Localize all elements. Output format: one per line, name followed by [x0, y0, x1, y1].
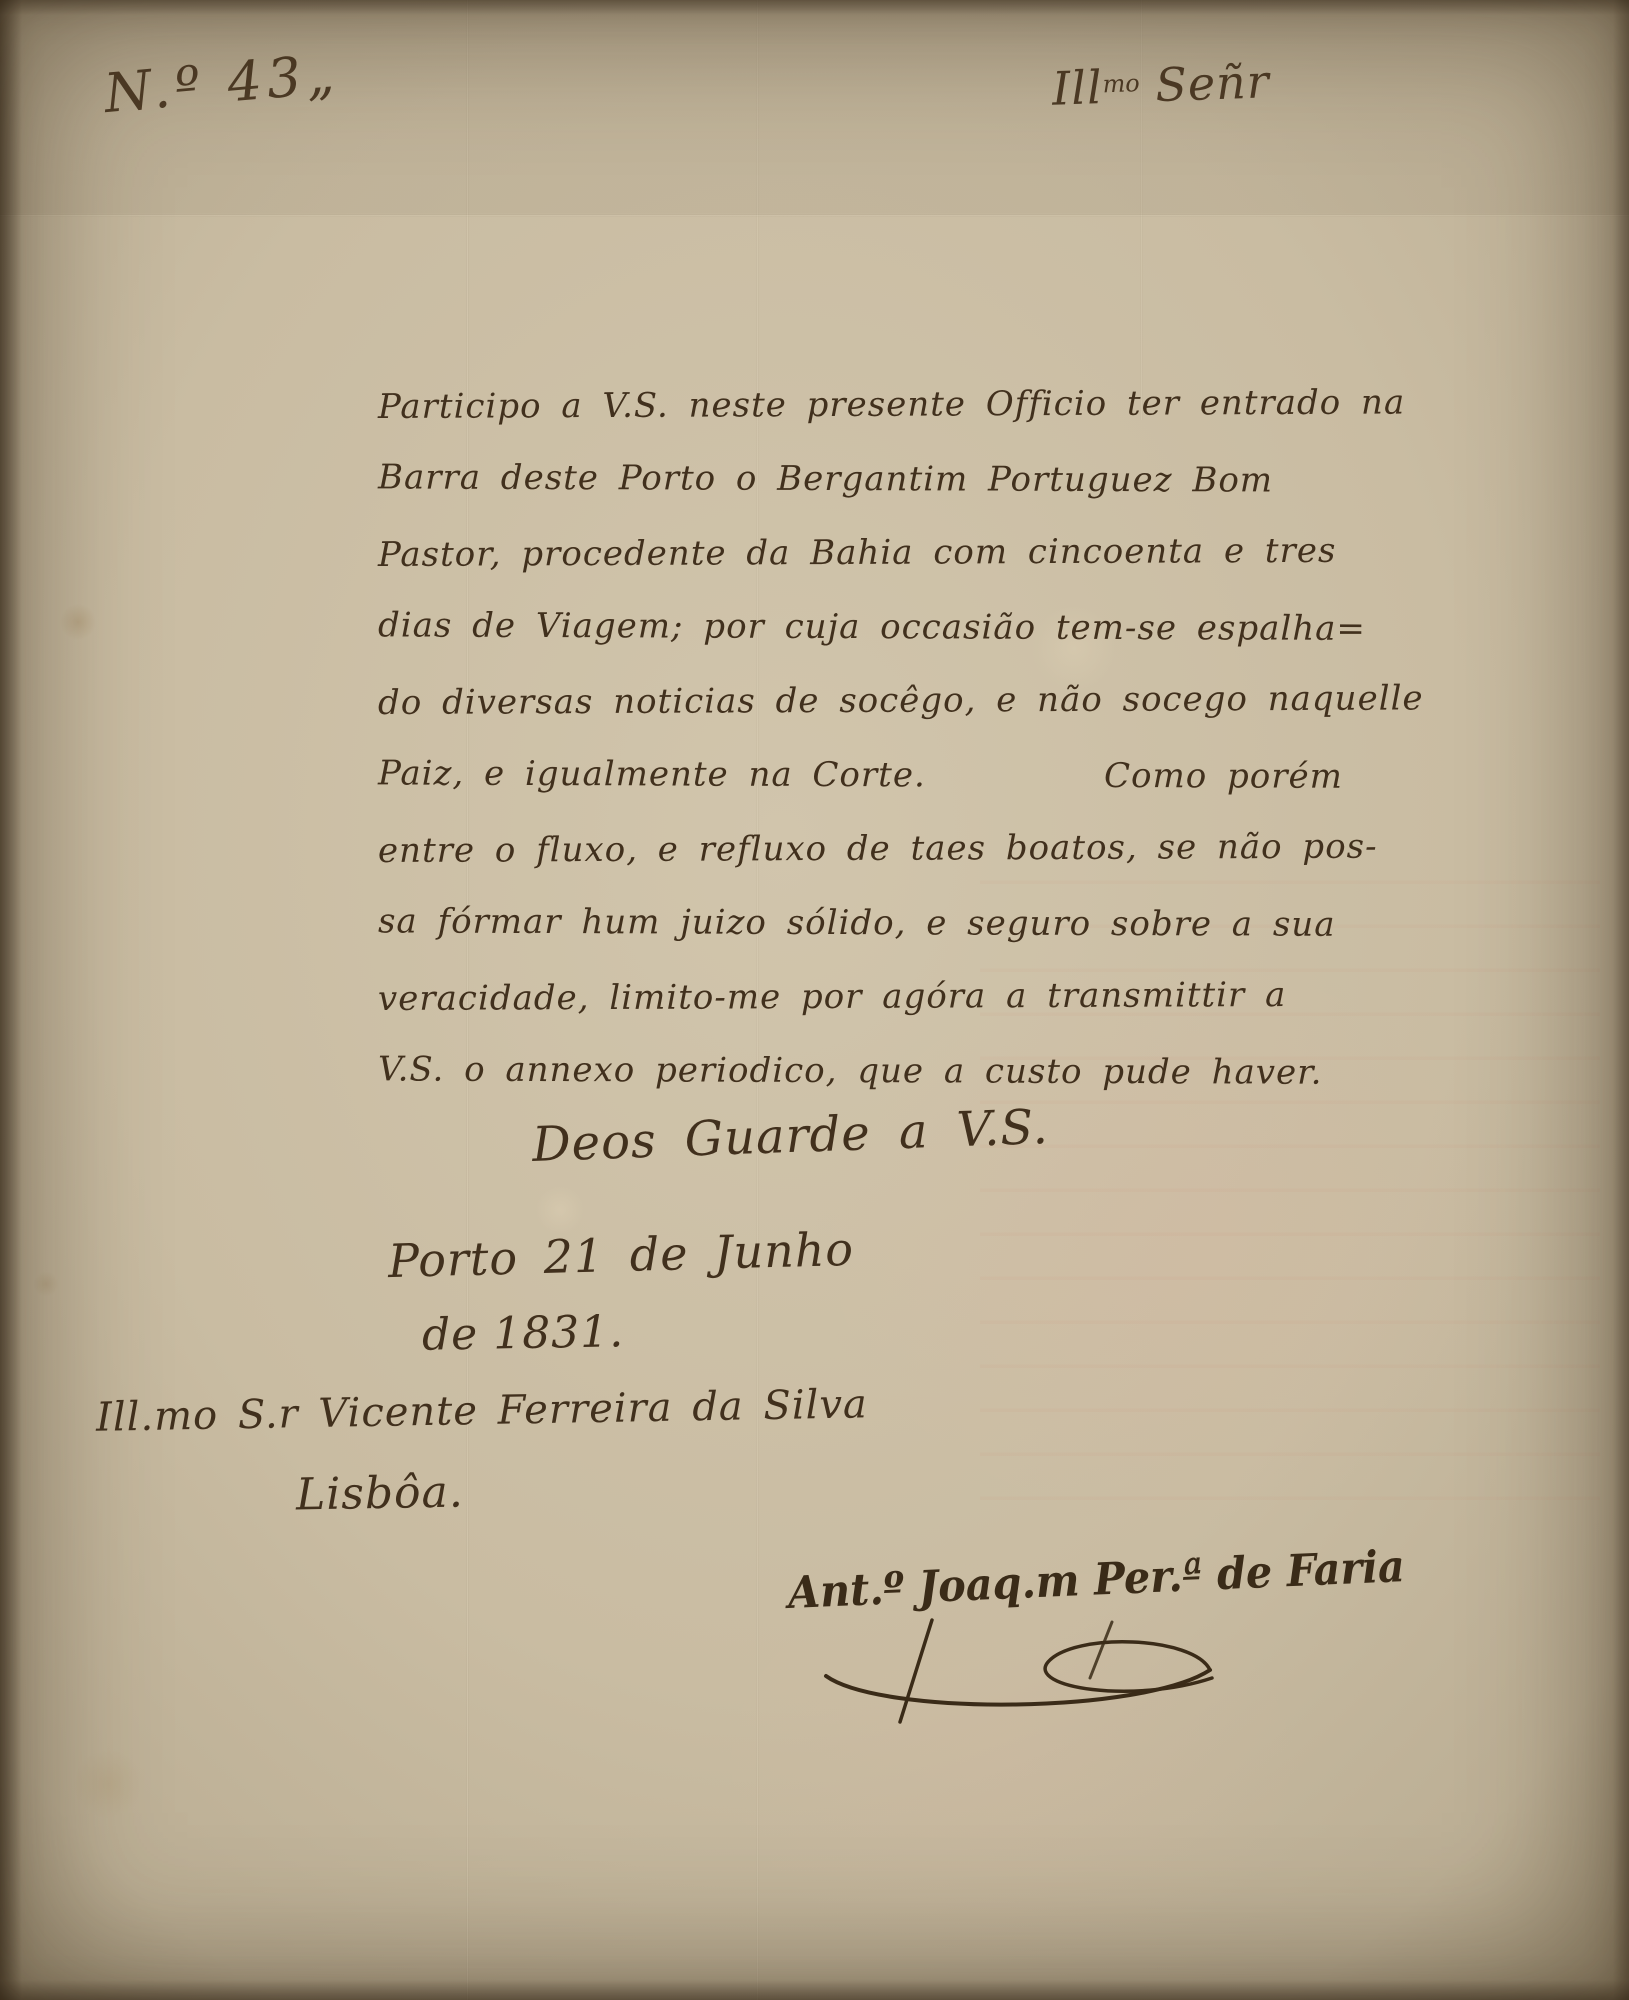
- salutation: Illmo Señr: [1051, 54, 1270, 116]
- dateline-place: Porto 21 de Junho: [387, 1222, 854, 1288]
- dateline-year: de 1831.: [422, 1306, 625, 1361]
- signature: Ant.º Joaq.m Per.ª de Faria: [787, 1541, 1406, 1619]
- salutation-prefix: Ill: [1051, 60, 1103, 116]
- addressee-line: Ill.mo S.r Vicente Ferreira da Silva: [96, 1381, 869, 1440]
- body-line: dias de Viagem; por cuja occasião tem-se…: [378, 588, 1278, 665]
- body-line: Paiz, e igualmente na Corte. Como porém: [378, 736, 1278, 813]
- salutation-rest: Señr: [1139, 54, 1271, 113]
- body-line: entre o fluxo, e refluxo de taes boatos,…: [378, 810, 1278, 888]
- salutation-superscript: mo: [1102, 69, 1140, 98]
- valediction: Deos Guarde a V.S.: [531, 1099, 1049, 1173]
- manuscript-letter-page: N.º 43„ Illmo Señr Participo a V.S. nest…: [0, 0, 1629, 2000]
- letter-body: Participo a V.S. neste presente Officio …: [378, 368, 1278, 1108]
- body-line: do diversas noticias de socêgo, e não so…: [378, 662, 1278, 740]
- body-line: sa fórmar hum juizo sólido, e seguro sob…: [378, 884, 1278, 961]
- body-line: Participo a V.S. neste presente Officio …: [378, 366, 1278, 444]
- horizontal-fold-crease: [0, 214, 1629, 217]
- signature-flourish: [812, 1618, 1232, 1728]
- document-number: N.º 43„: [102, 42, 342, 125]
- body-line: veracidade, limito-me por agóra a transm…: [378, 958, 1278, 1036]
- addressee-line: Lisbôa.: [296, 1467, 465, 1521]
- body-line: Pastor, procedente da Bahia com cincoent…: [378, 514, 1278, 592]
- body-line: V.S. o annexo periodico, que a custo pud…: [378, 1032, 1278, 1109]
- body-line: Barra deste Porto o Bergantim Portuguez …: [378, 440, 1278, 517]
